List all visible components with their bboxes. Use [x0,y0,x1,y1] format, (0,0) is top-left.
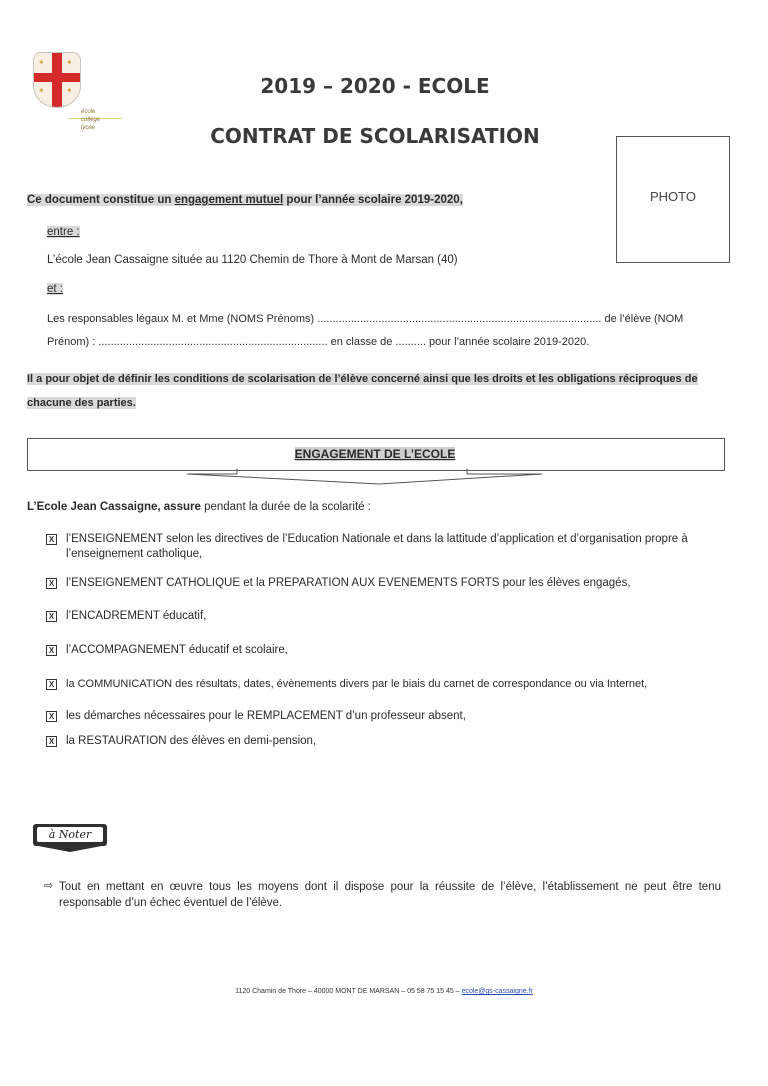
objet-line-1: Il a pour objet de définir les condition… [27,373,698,385]
arrow-right-icon: ⇨ [44,879,53,892]
engagement-item: X la COMMUNICATION des résultats, dates,… [46,679,57,691]
a-noter-badge: à Noter [33,824,109,850]
engagement-item: X l’ENSEIGNEMENT selon les directives de… [46,534,57,546]
objet-line-2: chacune des parties. [27,397,136,409]
checked-box-icon: X [46,578,57,589]
engagement-item: X la RESTAURATION des élèves en demi-pen… [46,736,57,748]
entre-label: entre : [47,226,80,238]
et-label: et : [47,283,63,295]
document-title-year: 2019 – 2020 - ECOLE [0,74,750,98]
checked-box-icon: X [46,611,57,622]
note-text: Tout en mettant en œuvre tous les moyens… [59,879,721,911]
parents-line-1: Les responsables légaux M. et Mme (NOMS … [47,313,683,325]
parents-line-2: Prénom) : ..............................… [47,336,589,348]
engagement-item: X les démarches nécessaires pour le REMP… [46,711,57,723]
checked-box-icon: X [46,736,57,747]
school-address-line: L’école Jean Cassaigne située au 1120 Ch… [47,254,458,266]
email-link[interactable]: ecole@gs-cassaigne.fr [462,988,533,995]
engagement-lead: L’Ecole Jean Cassaigne, assure pendant l… [27,501,371,513]
down-arrow-icon [27,468,727,488]
checked-box-icon: X [46,711,57,722]
engagement-item: X l’ACCOMPAGNEMENT éducatif et scolaire, [46,645,57,657]
intro-sentence: Ce document constitue un engagement mutu… [27,194,463,206]
checked-box-icon: X [46,645,57,656]
engagement-item: X l’ENSEIGNEMENT CATHOLIQUE et la PREPAR… [46,578,57,590]
engagement-item: X l’ENCADREMENT éducatif, [46,611,57,623]
photo-label: PHOTO [617,189,729,204]
footer-contact: 1120 Chamin de Thore – 40000 MONT DE MAR… [0,988,768,995]
engagement-title: ENGAGEMENT DE L’ECOLE [0,447,750,461]
photo-box: PHOTO [616,136,730,263]
checked-box-icon: X [46,534,57,545]
checked-box-icon: X [46,679,57,690]
